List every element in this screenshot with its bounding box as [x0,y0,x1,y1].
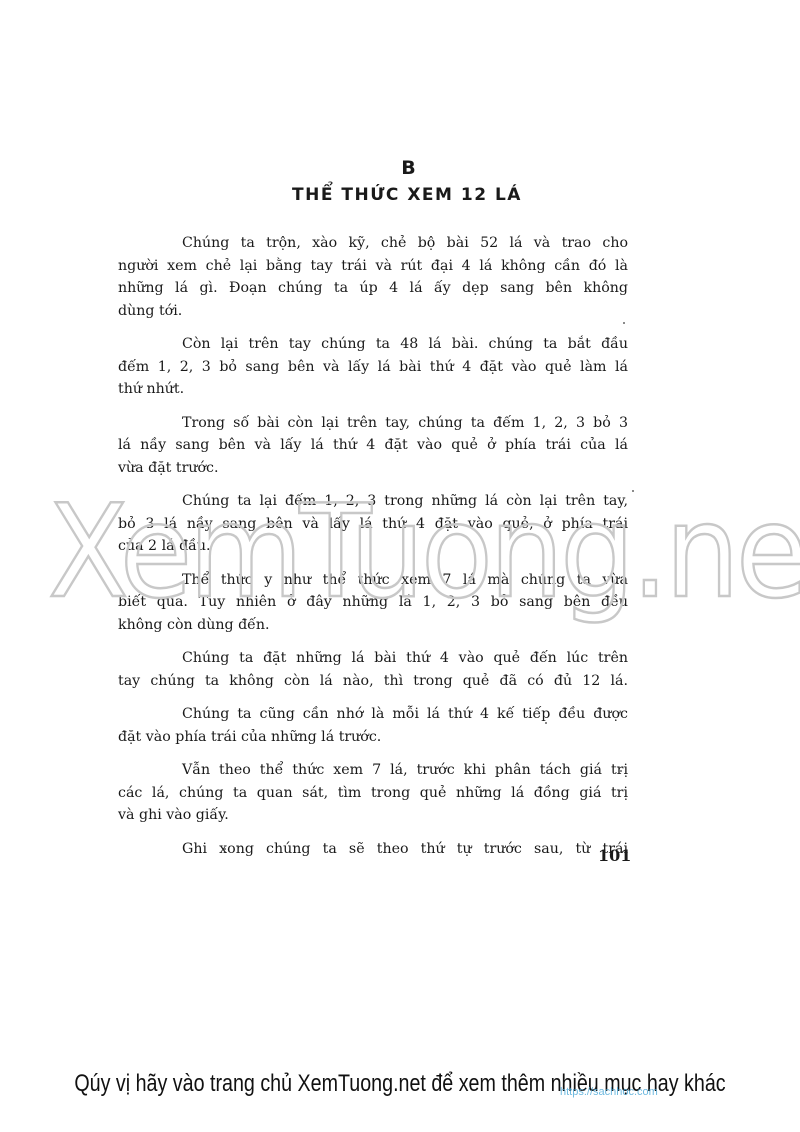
text-line: thứ nhứt. [118,378,628,401]
text-line: Còn lại trên tay chúng ta 48 lá bài. chú… [118,333,628,356]
paragraph-2: Còn lại trên tay chúng ta 48 lá bài. chú… [118,333,628,401]
paragraph-7: Chúng ta cũng cần nhớ là mỗi lá thứ 4 kế… [118,703,628,748]
text-line: lá nầy sang bên và lấy lá thứ 4 đặt vào … [118,434,628,457]
text-line: các lá, chúng ta quan sát, tìm trong quẻ… [118,782,628,805]
section-letter: B [0,157,800,179]
paragraph-6: Chúng ta đặt những lá bài thứ 4 vào quẻ … [118,647,628,692]
text-line: Chúng ta cũng cần nhớ là mỗi lá thứ 4 kế… [118,703,628,726]
text-line: Ghi xong chúng ta sẽ theo thứ tự trước s… [118,838,628,861]
print-speck [224,848,226,850]
text-line: dùng tới. [118,300,628,323]
text-line: Trong số bài còn lại trên tay, chúng ta … [118,412,628,435]
text-line: của 2 lá đầu. [118,535,628,558]
footer-overlay-link[interactable]: https://sachhoc.com [560,1086,658,1098]
text-line: đếm 1, 2, 3 bỏ sang bên và lấy lá bài th… [118,356,628,379]
paragraph-1: Chúng ta trộn, xào kỹ, chẻ bộ bài 52 lá … [118,232,628,322]
text-line: bỏ 3 lá nầy sang bên và lấy lá thứ 4 đặt… [118,513,628,536]
print-speck [623,322,625,324]
paragraph-9: Ghi xong chúng ta sẽ theo thứ tự trước s… [118,838,628,861]
text-line: vừa đặt trước. [118,457,628,480]
paragraph-8: Vẫn theo thể thức xem 7 lá, trước khi ph… [118,759,628,827]
text-line: người xem chẻ lại bằng tay trái và rút đ… [118,255,628,278]
body-text: Chúng ta trộn, xào kỹ, chẻ bộ bài 52 lá … [118,232,628,871]
text-line: Chúng ta đặt những lá bài thứ 4 vào quẻ … [118,647,628,670]
print-speck [620,770,622,772]
print-speck [545,722,547,724]
section-title: THỂ THỨC XEM 12 LÁ [0,185,800,205]
text-line: Chúng ta lại đếm 1, 2, 3 trong những lá … [118,490,628,513]
paragraph-3: Trong số bài còn lại trên tay, chúng ta … [118,412,628,480]
text-line: Vẫn theo thể thức xem 7 lá, trước khi ph… [118,759,628,782]
paragraph-4: Chúng ta lại đếm 1, 2, 3 trong những lá … [118,490,628,558]
text-line: không còn dùng đến. [118,614,628,637]
paragraph-5: Thể thức y như thể thức xem 7 lá mà chún… [118,569,628,637]
print-speck [632,490,634,492]
page-number: 101 [598,846,631,865]
text-line: đặt vào phía trái của những lá trước. [118,726,628,749]
document-page: B THỂ THỨC XEM 12 LÁ Chúng ta trộn, xào … [0,0,800,1132]
text-line: biết qua. Tuy nhiên ở đây những lá 1, 2,… [118,591,628,614]
text-line: tay chúng ta không còn lá nào, thì trong… [118,670,628,693]
text-line: những lá gì. Đoạn chúng ta úp 4 lá ấy dẹ… [118,277,628,300]
text-line: và ghi vào giấy. [118,804,628,827]
text-line: Thể thức y như thể thức xem 7 lá mà chún… [118,569,628,592]
text-line: Chúng ta trộn, xào kỹ, chẻ bộ bài 52 lá … [118,232,628,255]
